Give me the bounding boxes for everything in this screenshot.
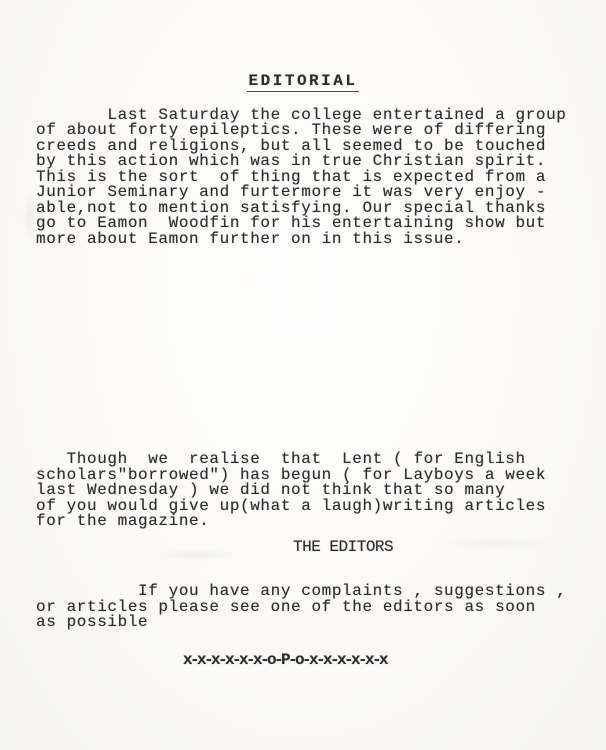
text-line: as possible — [36, 615, 606, 631]
document-page: EDITORIAL Last Saturday the college ente… — [0, 0, 606, 750]
paragraph-complaints: If you have any complaints , suggestions… — [36, 584, 606, 631]
paragraph-editorial-intro: Last Saturday the college entertained a … — [36, 108, 606, 248]
title-row: EDITORIAL — [0, 72, 606, 92]
page-title: EDITORIAL — [247, 74, 360, 92]
scan-smudge — [150, 548, 240, 562]
typed-divider-mark: x-x-x-x-x-x-o-P-o-x-x-x-x-x-x — [183, 653, 606, 669]
text-line: for the magazine. — [36, 514, 606, 530]
paragraph-lent: Though we realise that Lent ( for Englis… — [36, 452, 606, 530]
byline-the-editors: THE EDITORS — [293, 540, 606, 556]
text-line: more about Eamon further on in this issu… — [36, 232, 606, 248]
